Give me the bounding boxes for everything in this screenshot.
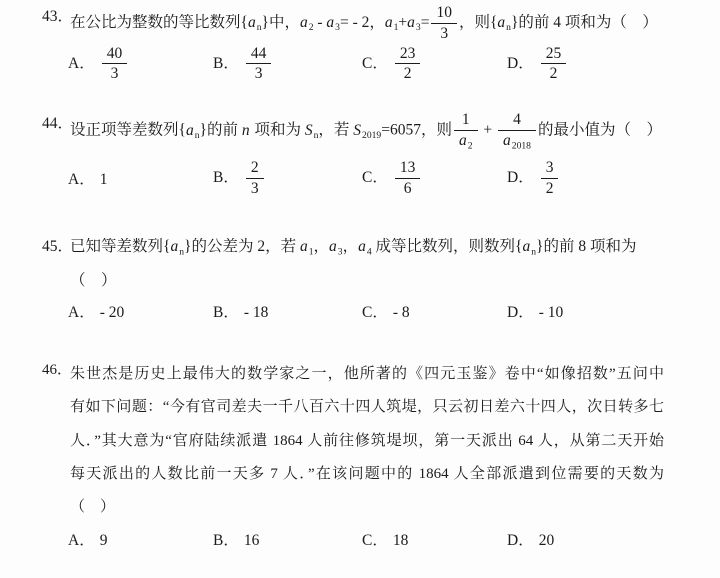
option-value: - 18 (244, 304, 269, 321)
question-44: 44． 设正项等差数列{an}的前 n 项和为 Sn，若 S2019=6057，… (42, 111, 664, 151)
math-variable: a (497, 14, 506, 31)
option-label: D． (507, 55, 534, 72)
option-value: 9 (100, 532, 108, 549)
text-run: }中， (262, 14, 300, 31)
fraction: 32 (541, 159, 559, 198)
math-variable: a (326, 14, 335, 31)
question-44-option-a: A．1 (68, 167, 213, 189)
text-run: 25 (546, 45, 562, 62)
option-value: 23 (244, 169, 266, 186)
exam-page: 43． 在公比为整数的等比数列{an}中，a2 - a3= - 2，a1+a3=… (0, 0, 720, 578)
text-run: 23 (400, 45, 416, 62)
question-43-stem: 在公比为整数的等比数列{an}中，a2 - a3= - 2，a1+a3=103，… (70, 4, 664, 43)
question-46-line-3: 人．”其大意为“官府陆续派遣 1864 人前往修筑堤坝，第一天派出 64 人，从… (70, 425, 664, 459)
option-value: - 10 (539, 304, 564, 321)
option-value: 1 (100, 171, 108, 188)
math-variable: a (522, 238, 531, 255)
question-45-option-a: A．- 20 (68, 300, 213, 322)
text-run: }的前 4 项和为（ ） (511, 14, 658, 31)
option-value: - 20 (100, 304, 125, 321)
question-44-option-c: C．136 (362, 159, 507, 198)
question-46-line-4: 每天派出的人数比前一天多 7 人．”在该问题中的 1864 人全部派遣到位需要的… (70, 458, 664, 492)
text-run: 已知等差数列{ (70, 238, 170, 255)
option-value: 18 (393, 532, 409, 549)
math-variable: a (300, 14, 309, 31)
option-value: 232 (393, 55, 423, 72)
question-46: 46． 朱世杰是历史上最伟大的数学家之一，他所著的《四元玉鉴》卷中“如像招数”五… (42, 358, 664, 517)
option-label: B． (213, 532, 239, 549)
text-run: 18 (393, 532, 409, 549)
question-44-option-b: B．23 (213, 159, 362, 198)
text-run: = - 2， (340, 14, 385, 31)
question-45-option-b: B．- 18 (213, 300, 362, 322)
question-44-option-d: D．32 (507, 159, 712, 198)
text-run: 44 (251, 45, 267, 62)
fraction: 443 (246, 45, 272, 84)
question-46-option-c: C．18 (362, 528, 507, 550)
text-run: 2 (546, 180, 554, 197)
option-value: 443 (244, 55, 274, 72)
text-run: 1 (100, 171, 108, 188)
fraction: 252 (541, 45, 567, 84)
math-variable: S (353, 122, 362, 139)
text-run: 2 (550, 65, 558, 82)
math-variable: S (305, 122, 314, 139)
question-46-option-d: D．20 (507, 528, 712, 550)
text-run: + (480, 122, 497, 139)
fraction: 103 (431, 4, 457, 43)
text-run: 1 (462, 111, 470, 128)
math-variable: a (358, 238, 367, 255)
text-run: - 18 (244, 304, 269, 321)
question-45-option-c: C．- 8 (362, 300, 507, 322)
math-variable: a (248, 14, 257, 31)
question-43-option-c: C．232 (362, 45, 507, 84)
text-run: 3 (546, 159, 554, 176)
math-variable: a (300, 238, 309, 255)
question-46-line-1: 朱世杰是历史上最伟大的数学家之一，他所著的《四元玉鉴》卷中“如像招数”五问中 (70, 358, 664, 392)
question-45-stem: 已知等差数列{an}的公差为 2，若 a1，a3，a4 成等比数列，则数列{an… (70, 234, 664, 260)
text-run: 40 (107, 45, 123, 62)
text-run: 2 (404, 65, 412, 82)
text-run: ，则{ (459, 14, 497, 31)
text-run: 9 (100, 532, 108, 549)
option-label: D． (507, 304, 534, 321)
math-variable: a (329, 238, 338, 255)
text-run: = (421, 14, 430, 31)
option-label: A． (68, 532, 95, 549)
text-run: 4 (513, 111, 521, 128)
option-label: C． (362, 304, 388, 321)
math-subscript: 2018 (512, 140, 531, 151)
math-variable: a (503, 132, 512, 149)
question-44-options: A．1 B．23 C．136 D．32 (68, 159, 712, 198)
text-run: 3 (255, 65, 263, 82)
option-value: 403 (100, 55, 130, 72)
text-run: 在公比为整数的等比数列{ (70, 14, 248, 31)
text-run: 20 (539, 532, 555, 549)
text-run: - 8 (393, 304, 410, 321)
text-run: - 20 (100, 304, 125, 321)
text-run: 的最小值为（ ） (538, 122, 662, 139)
question-46-option-a: A．9 (68, 528, 213, 550)
question-43-option-b: B．443 (213, 45, 362, 84)
text-run: 10 (436, 4, 452, 21)
text-run: }的公差为 2，若 (184, 238, 300, 255)
option-label: C． (362, 532, 388, 549)
question-45-option-d: D．- 10 (507, 300, 712, 322)
question-46-options: A．9 B．16 C．18 D．20 (68, 528, 712, 550)
question-46-answer-blank: （ ） (70, 497, 664, 517)
text-run: }的前 (200, 122, 242, 139)
option-label: D． (507, 532, 534, 549)
text-run: 3 (251, 180, 259, 197)
option-label: C． (362, 55, 388, 72)
text-run: 设正项等差数列{ (70, 122, 186, 139)
option-label: C． (362, 169, 388, 186)
text-run: 3 (111, 65, 119, 82)
math-variable: a (385, 14, 394, 31)
text-run: 13 (400, 159, 416, 176)
text-run: }的前 8 项和为 (536, 238, 636, 255)
question-43-options: A．403 B．443 C．232 D．252 (68, 45, 712, 84)
text-run: 6 (404, 180, 412, 197)
question-43-option-a: A．403 (68, 45, 213, 84)
math-subscript: 2 (468, 140, 473, 151)
fraction: 4a2018 (498, 111, 536, 151)
fraction: 232 (395, 45, 421, 84)
fraction: 403 (102, 45, 128, 84)
math-subscript: 2019 (362, 130, 381, 141)
option-label: A． (68, 55, 95, 72)
option-value: 136 (393, 169, 423, 186)
text-run: ，若 (318, 122, 353, 139)
math-variable: n (242, 122, 251, 139)
text-run: 项和为 (251, 122, 305, 139)
question-45-number: 45． (42, 234, 73, 256)
text-run: 成等比数列，则数列{ (372, 238, 523, 255)
option-value: 16 (244, 532, 260, 549)
math-variable: a (170, 238, 179, 255)
option-label: D． (507, 169, 534, 186)
option-label: B． (213, 55, 239, 72)
fraction: 23 (246, 159, 264, 198)
text-run: =6057，则 (381, 122, 452, 139)
text-run: 16 (244, 532, 260, 549)
question-45: 45． 已知等差数列{an}的公差为 2，若 a1，a3，a4 成等比数列，则数… (42, 234, 664, 291)
option-value: 32 (539, 169, 561, 186)
text-run: 2 (251, 159, 259, 176)
text-run: - (314, 14, 327, 31)
option-value: - 8 (393, 304, 410, 321)
math-variable: a (459, 132, 468, 149)
text-run: - 10 (539, 304, 564, 321)
question-46-line-2: 有如下问题：“今有官司差夫一千八百六十四人筑堤，只云初日差六十四人，次日转多七 (70, 391, 664, 425)
option-label: B． (213, 169, 239, 186)
question-43-option-d: D．252 (507, 45, 712, 84)
option-value: 252 (539, 55, 569, 72)
option-label: B． (213, 304, 239, 321)
text-run: ， (343, 238, 359, 255)
question-43-number: 43． (42, 4, 73, 26)
question-44-number: 44． (42, 111, 73, 133)
fraction: 1a2 (454, 111, 478, 151)
text-run: ， (314, 238, 330, 255)
option-label: A． (68, 171, 95, 188)
question-44-stem: 设正项等差数列{an}的前 n 项和为 Sn，若 S2019=6057，则1a2… (70, 111, 664, 151)
question-45-options: A．- 20 B．- 18 C．- 8 D．- 10 (68, 300, 712, 322)
fraction: 136 (395, 159, 421, 198)
math-variable: a (186, 122, 195, 139)
question-43: 43． 在公比为整数的等比数列{an}中，a2 - a3= - 2，a1+a3=… (42, 4, 664, 43)
text-run: 3 (440, 25, 448, 42)
question-46-option-b: B．16 (213, 528, 362, 550)
question-46-number: 46． (42, 358, 72, 379)
option-label: A． (68, 304, 95, 321)
text-run: + (398, 14, 407, 31)
option-value: 20 (539, 532, 555, 549)
question-45-answer-blank: （ ） (70, 271, 664, 291)
math-variable: a (407, 14, 416, 31)
